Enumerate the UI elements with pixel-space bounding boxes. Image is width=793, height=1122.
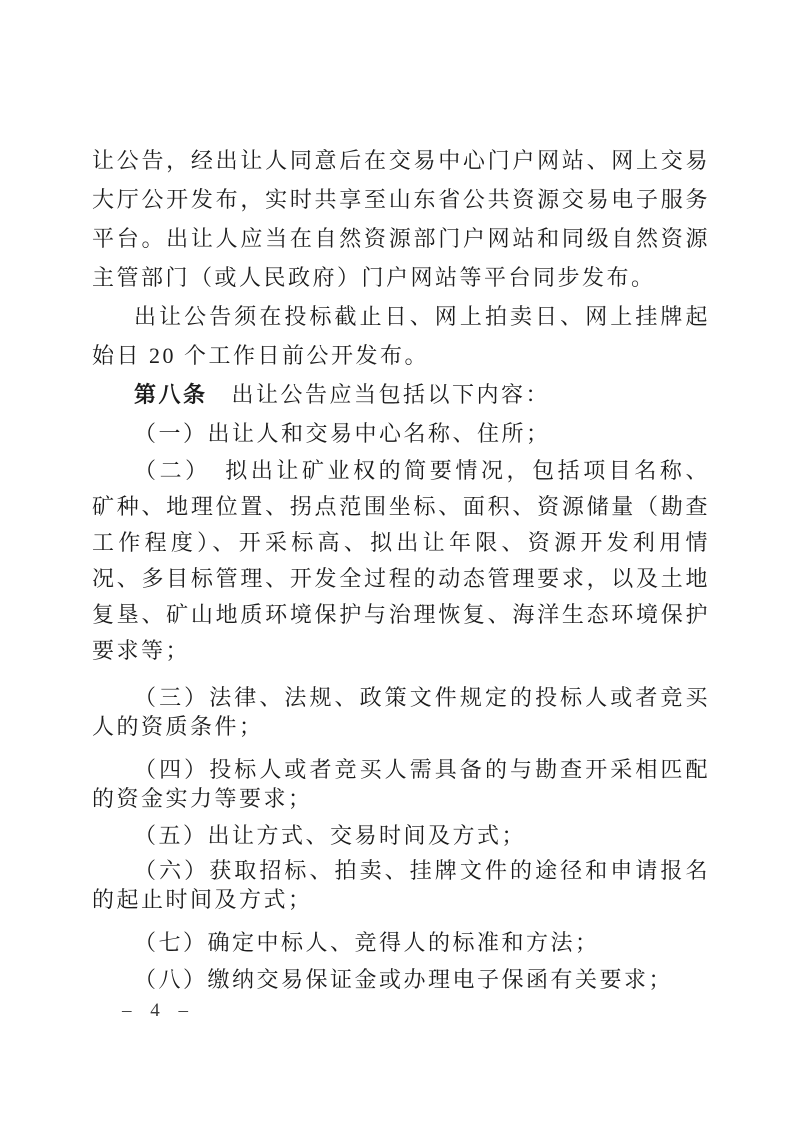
paragraph: （三）法律、法规、政策文件规定的投标人或者竞买人的资质条件；: [92, 683, 710, 741]
paragraph-text: 出让公告应当包括以下内容：: [232, 382, 551, 407]
paragraph: （六）获取招标、拍卖、挂牌文件的途径和申请报名的起止时间及方式；: [92, 856, 710, 914]
page-number: – 4 –: [122, 1000, 195, 1022]
article-number: 第八条: [134, 382, 208, 407]
paragraph: 出让公告须在投标截止日、网上拍卖日、网上挂牌起始日 20 个工作日前公开发布。: [92, 297, 710, 375]
paragraph: （二） 拟出让矿业权的简要情况，包括项目名称、矿种、地理位置、拐点范围坐标、面积…: [92, 453, 710, 669]
paragraph: 第八条出让公告应当包括以下内容：: [92, 375, 710, 414]
paragraph: 让公告，经出让人同意后在交易中心门户网站、网上交易大厅公开发布，实时共享至山东省…: [92, 141, 710, 297]
paragraph: （四）投标人或者竞买人需具备的与勘查开采相匹配的资金实力等要求；: [92, 755, 710, 813]
paragraph: （七）确定中标人、竞得人的标准和方法；: [92, 928, 710, 957]
document-body: 让公告，经出让人同意后在交易中心门户网站、网上交易大厅公开发布，实时共享至山东省…: [92, 141, 710, 994]
paragraph: （八）缴纳交易保证金或办理电子保函有关要求；: [92, 965, 710, 994]
document-page: 让公告，经出让人同意后在交易中心门户网站、网上交易大厅公开发布，实时共享至山东省…: [0, 0, 793, 1122]
paragraph: （五）出让方式、交易时间及方式；: [92, 821, 710, 850]
paragraph: （一）出让人和交易中心名称、住所；: [92, 414, 710, 453]
